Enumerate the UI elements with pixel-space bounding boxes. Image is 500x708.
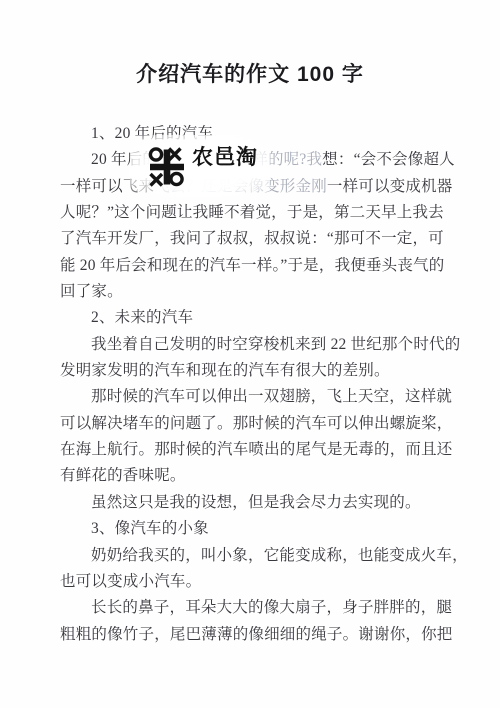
text-line: 1、20 年后的汽车	[60, 121, 440, 147]
text-segment-normal: 一样可以飞来	[60, 178, 154, 195]
text-segment-normal: 有鲜花的香味呢。	[60, 467, 186, 484]
watermark-brand-text: 农邑淘	[192, 146, 258, 170]
text-line: 回了家。	[60, 279, 440, 305]
text-line: 有鲜花的香味呢。	[60, 463, 440, 489]
text-line: 发明家发明的汽车和现在的汽车有很大的差别。	[60, 358, 440, 384]
essay-title: 介绍汽车的作文 100 字	[0, 58, 500, 88]
text-segment-normal: 奶奶给我买的，叫小象，它能变成称，也能变成火车，	[91, 547, 468, 564]
text-line: 虽然这只是我的设想，但是我会尽力去实现的。	[60, 490, 440, 516]
text-line: 一样可以飞来飞去？还是会像变形金刚一样可以变成机器	[60, 174, 440, 200]
text-segment-normal: 粗粗的像竹子，尾巴薄薄的像细细的绳子。谢谢你，你把	[60, 626, 453, 643]
text-line: 在海上航行。那时候的汽车喷出的尾气是无毒的，而且还	[60, 437, 440, 463]
text-line: 粗粗的像竹子，尾巴薄薄的像细细的绳子。谢谢你，你把	[60, 622, 440, 648]
text-segment-normal: 也可以变成小汽车。	[60, 573, 201, 590]
text-line: 人呢？”这个问题让我睡不着觉，于是，第二天早上我去	[60, 200, 440, 226]
text-segment-normal: 1、20 年后的汽车	[91, 125, 213, 142]
text-segment-normal: 可以解决堵车的问题了。那时候的汽车可以伸出螺旋桨，	[60, 415, 453, 432]
essay-body: 1、20 年后的汽车20 年后的汽车会是什么样的呢?我想：“会不会像超人一样可以…	[60, 121, 440, 648]
text-segment-normal: 2、未来的汽车	[91, 309, 193, 326]
text-segment-normal: 在海上航行。那时候的汽车喷出的尾气是无毒的，而且还	[60, 441, 453, 458]
text-segment-normal: 虽然这只是我的设想，但是我会尽力去实现的。	[91, 494, 421, 511]
text-line: 长长的鼻子，耳朵大大的像大扇子，身子胖胖的，腿	[60, 595, 440, 621]
text-segment-normal: 人呢？”这个问题让我睡不着觉，于是，第二天早上我去	[60, 204, 444, 221]
document-page: 介绍汽车的作文 100 字 1、20 年后的汽车20 年后的汽车会是什么样的呢?…	[0, 0, 500, 708]
text-segment-normal: 回了家。	[60, 283, 123, 300]
text-segment-normal: 一样可以变成机器	[327, 178, 453, 195]
text-segment-normal: 能 20 年后会和现在的汽车一样。”于是，我便垂头丧气的	[60, 257, 444, 274]
watermark-logo-icon	[147, 146, 191, 188]
text-segment-normal: 想：“会不会像超人	[322, 151, 455, 168]
text-line: 也可以变成小汽车。	[60, 569, 440, 595]
text-line: 能 20 年后会和现在的汽车一样。”于是，我便垂头丧气的	[60, 253, 440, 279]
text-line: 奶奶给我买的，叫小象，它能变成称，也能变成火车，	[60, 543, 440, 569]
text-line: 我坐着自己发明的时空穿梭机来到 22 世纪那个时代的	[60, 332, 440, 358]
text-segment-normal: 那时候的汽车可以伸出一双翅膀，飞上天空，这样就	[91, 388, 452, 405]
text-line: 那时候的汽车可以伸出一双翅膀，飞上天空，这样就	[60, 384, 440, 410]
text-line: 2、未来的汽车	[60, 305, 440, 331]
text-line: 了汽车开发厂，我问了叔叔，叔叔说：“那可不一定，可	[60, 226, 440, 252]
text-segment-normal: 我坐着自己发明的时空穿梭机来到 22 世纪那个时代的	[91, 336, 460, 353]
text-line: 3、像汽车的小象	[60, 516, 440, 542]
text-segment-normal: 发明家发明的汽车和现在的汽车有很大的差别。	[60, 362, 390, 379]
text-segment-normal: 了汽车开发厂，我问了叔叔，叔叔说：“那可不一定，可	[60, 230, 444, 247]
text-segment-normal: 3、像汽车的小象	[91, 520, 209, 537]
text-segment-faint: 样的呢?我	[252, 151, 322, 168]
text-line: 可以解决堵车的问题了。那时候的汽车可以伸出螺旋桨，	[60, 411, 440, 437]
text-segment-normal: 长长的鼻子，耳朵大大的像大扇子，身子胖胖的，腿	[91, 599, 452, 616]
